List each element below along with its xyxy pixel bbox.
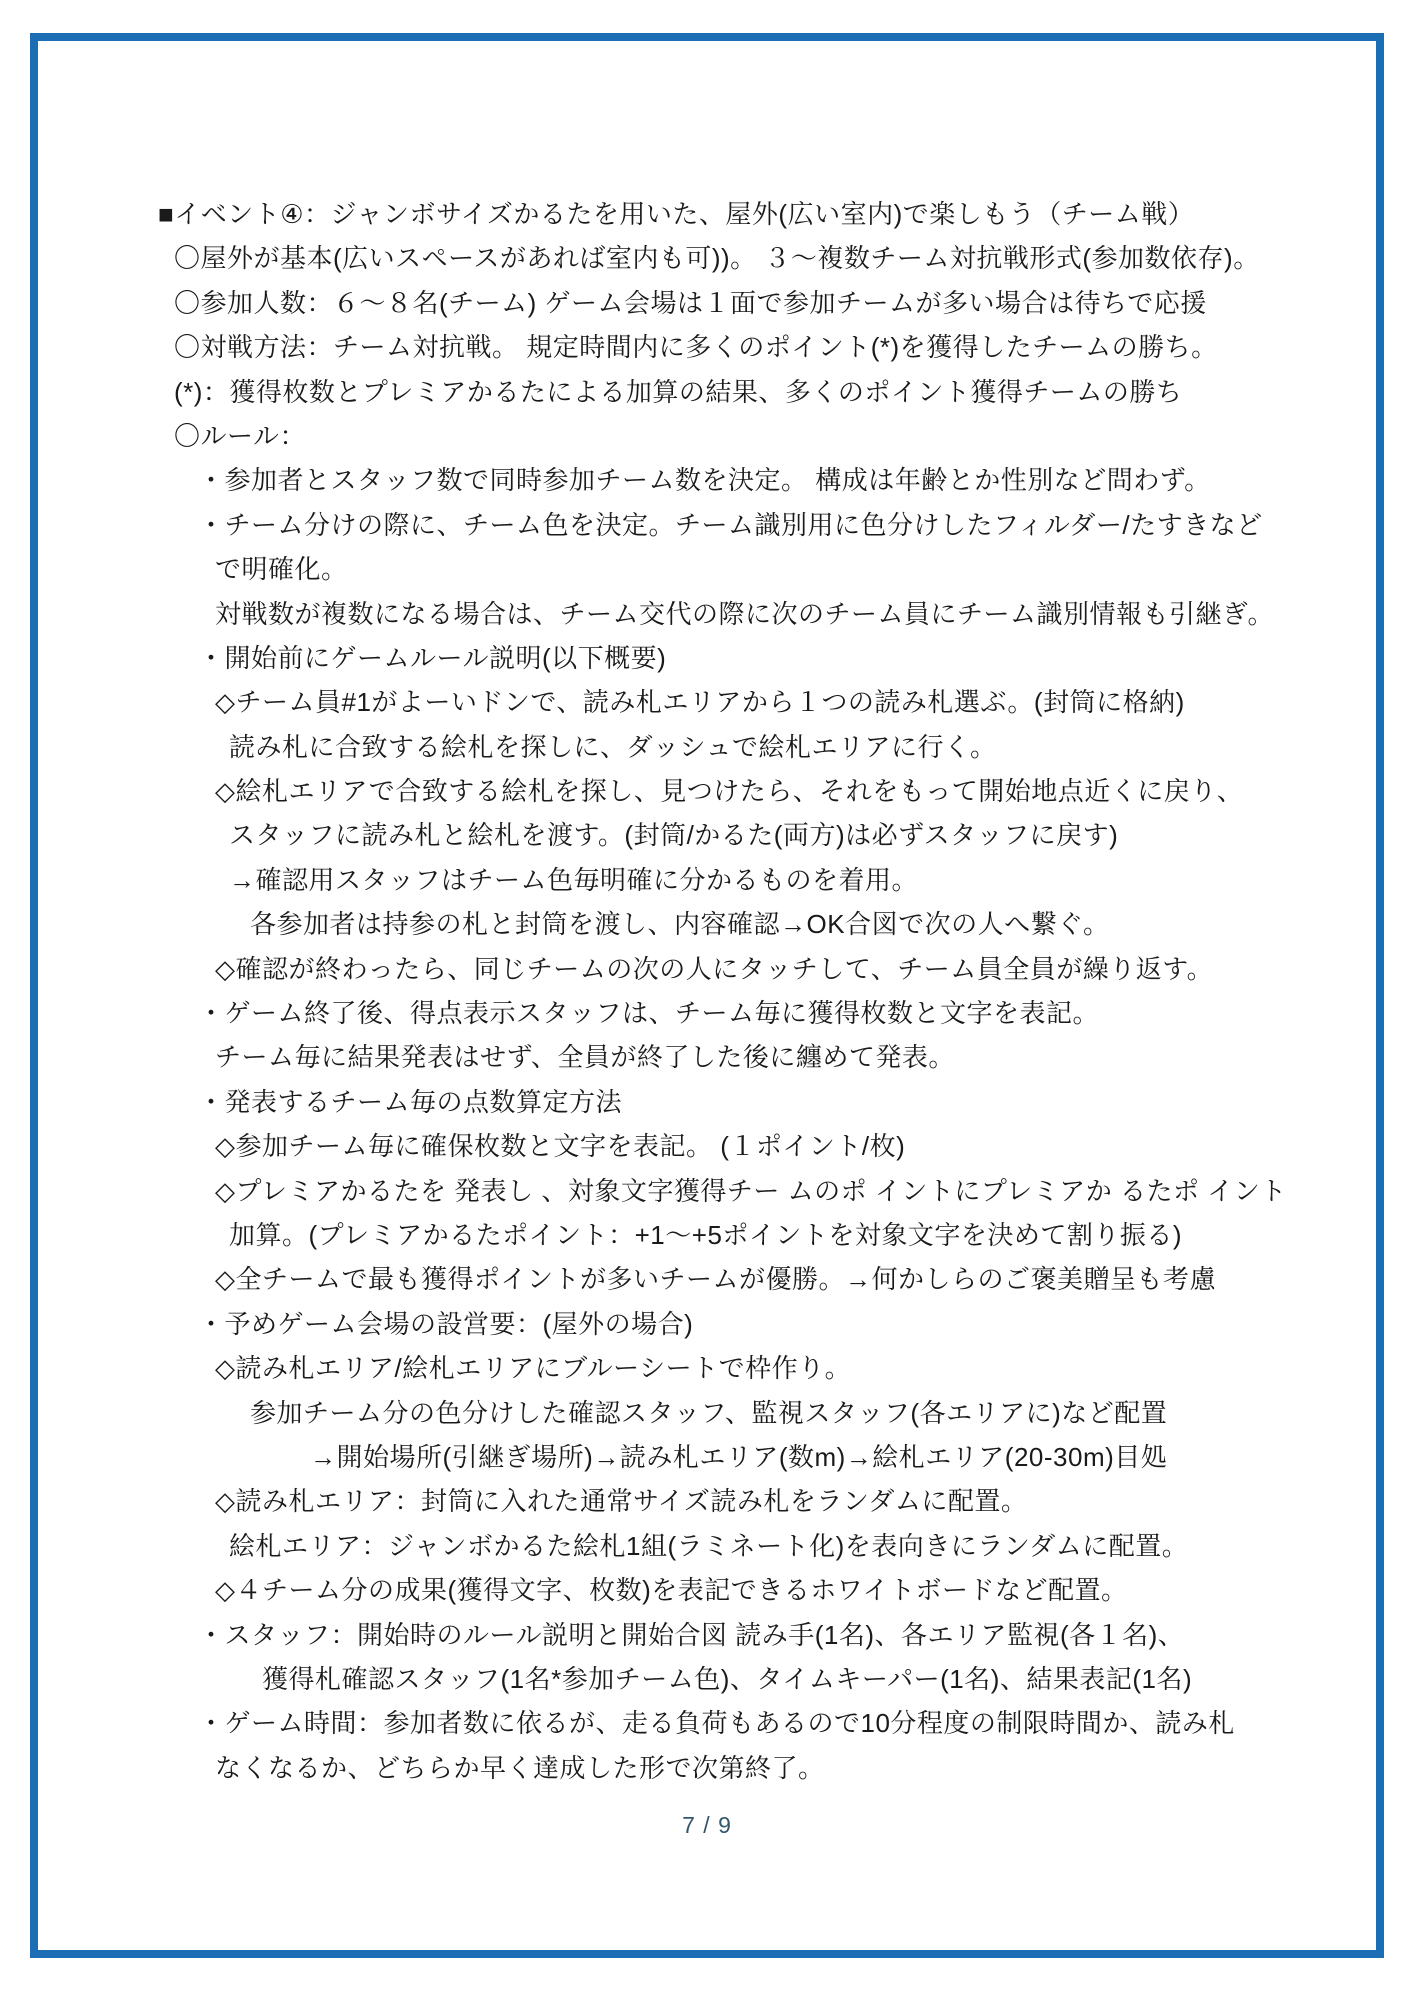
text-line: ◇４チーム分の成果(獲得文字、枚数)を表記できるホワイトボードなど配置。 — [0, 1568, 1414, 1612]
text-line: ■イベント④：ジャンボサイズかるたを用いた、屋外(広い室内)で楽しもう（チーム戦… — [0, 192, 1414, 236]
document-page: ■イベント④：ジャンボサイズかるたを用いた、屋外(広い室内)で楽しもう（チーム戦… — [0, 0, 1414, 2000]
text-line: 絵札エリア：ジャンボかるた絵札1組(ラミネート化)を表向きにランダムに配置。 — [0, 1524, 1414, 1568]
text-line: で明確化。 — [0, 547, 1414, 591]
text-line: ・スタッフ：開始時のルール説明と開始合図 読み手(1名)、各エリア監視(各１名)… — [0, 1613, 1414, 1657]
text-line: ◇参加チーム毎に確保枚数と文字を表記。 (１ポイント/枚) — [0, 1124, 1414, 1168]
text-line: (*)：獲得枚数とプレミアかるたによる加算の結果、多くのポイント獲得チームの勝ち — [0, 370, 1414, 414]
text-line: ◇全チームで最も獲得ポイントが多いチームが優勝。→何かしらのご褒美贈呈も考慮 — [0, 1257, 1414, 1301]
text-line: ◇読み札エリア/絵札エリアにブルーシートで枠作り。 — [0, 1346, 1414, 1390]
text-line: ・予めゲーム会場の設営要：(屋外の場合) — [0, 1302, 1414, 1346]
page-number: 7 / 9 — [0, 1812, 1414, 1839]
text-line: ◇確認が終わったら、同じチームの次の人にタッチして、チーム員全員が繰り返す。 — [0, 947, 1414, 991]
text-line: ・チーム分けの際に、チーム色を決定。チーム識別用に色分けしたフィルダー/たすきな… — [0, 503, 1414, 547]
text-line: 〇参加人数：６〜８名(チーム) ゲーム会場は１面で参加チームが多い場合は待ちで応… — [0, 281, 1414, 325]
text-line: 加算。(プレミアかるたポイント：+1〜+5ポイントを対象文字を決めて割り振る) — [0, 1213, 1414, 1257]
text-line: 参加チーム分の色分けした確認スタッフ、監視スタッフ(各エリアに)など配置 — [0, 1391, 1414, 1435]
text-line: ・開始前にゲームルール説明(以下概要) — [0, 636, 1414, 680]
text-line: 対戦数が複数になる場合は、チーム交代の際に次のチーム員にチーム識別情報も引継ぎ。 — [0, 592, 1414, 636]
text-line: ◇チーム員#1がよーいドンで、読み札エリアから１つの読み札選ぶ。(封筒に格納) — [0, 680, 1414, 724]
text-line: 各参加者は持参の札と封筒を渡し、内容確認→OK合図で次の人へ繋ぐ。 — [0, 902, 1414, 946]
text-line: 〇ルール： — [0, 414, 1414, 458]
text-line: ・ゲーム時間：参加者数に依るが、走る負荷もあるので10分程度の制限時間か、読み札 — [0, 1701, 1414, 1745]
text-line: 読み札に合致する絵札を探しに、ダッシュで絵札エリアに行く。 — [0, 725, 1414, 769]
text-line: 獲得札確認スタッフ(1名*参加チーム色)、タイムキーパー(1名)、結果表記(1名… — [0, 1657, 1414, 1701]
text-line: ◇読み札エリア：封筒に入れた通常サイズ読み札をランダムに配置。 — [0, 1479, 1414, 1523]
text-line: ・参加者とスタッフ数で同時参加チーム数を決定。 構成は年齢とか性別など問わず。 — [0, 458, 1414, 502]
text-line: ◇プレミアかるたを 発表し 、対象文字獲得チー ムのポ イントにプレミアか るた… — [0, 1169, 1414, 1213]
text-line: →開始場所(引継ぎ場所)→読み札エリア(数m)→絵札エリア(20-30m)目処 — [0, 1435, 1414, 1479]
text-line: 〇対戦方法：チーム対抗戦。 規定時間内に多くのポイント(*)を獲得したチームの勝… — [0, 325, 1414, 369]
text-line: ・発表するチーム毎の点数算定方法 — [0, 1080, 1414, 1124]
text-line: なくなるか、どちらか早く達成した形で次第終了。 — [0, 1746, 1414, 1790]
text-line: →確認用スタッフはチーム色毎明確に分かるものを着用。 — [0, 858, 1414, 902]
text-line: ・ゲーム終了後、得点表示スタッフは、チーム毎に獲得枚数と文字を表記。 — [0, 991, 1414, 1035]
text-line: 〇屋外が基本(広いスペースがあれば室内も可))。 ３〜複数チーム対抗戦形式(参加… — [0, 236, 1414, 280]
text-line: チーム毎に結果発表はせず、全員が終了した後に纏めて発表。 — [0, 1035, 1414, 1079]
document-lines: ■イベント④：ジャンボサイズかるたを用いた、屋外(広い室内)で楽しもう（チーム戦… — [0, 192, 1414, 1790]
text-line: ◇絵札エリアで合致する絵札を探し、見つけたら、それをもって開始地点近くに戻り、 — [0, 769, 1414, 813]
text-line: スタッフに読み札と絵札を渡す。(封筒/かるた(両方)は必ずスタッフに戻す) — [0, 813, 1414, 857]
